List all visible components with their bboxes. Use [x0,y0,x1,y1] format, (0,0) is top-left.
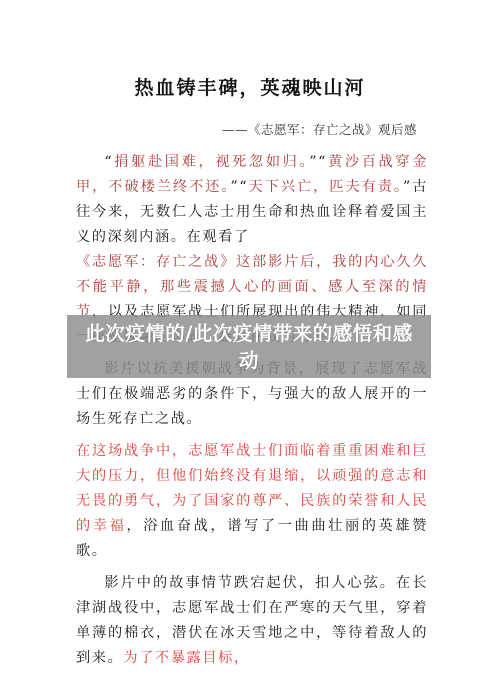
quote-text: 天下兴亡，匹夫有责。 [248,179,403,195]
paragraph-4: 在这场战争中，志愿军战士们面临着重重困难和巨大的压力，但他们始终没有退缩，以顽强… [76,439,428,564]
quote-mark: ”“ [230,179,248,195]
quote-mark: “ [104,154,113,170]
document-body: “捐躯赴国难，视死忽如归。”“黄沙百战穿金甲，不破楼兰终不还。”“天下兴亡，匹夫… [76,150,428,671]
overlay-caption: 此次疫情的/此次疫情带来的感悟和感动 [79,320,419,374]
document-subtitle: ——《志愿军：存亡之战》观后感 [222,120,417,138]
body-text: ，浴血奋战，谱写了一曲曲壮丽的英雄赞歌。 [76,518,428,559]
caption-overlay: 此次疫情的/此次疫情带来的感悟和感动 [67,315,431,378]
document-page: 热血铸丰碑，英魂映山河 ——《志愿军：存亡之战》观后感 “捐躯赴国难，视死忽如归… [0,0,500,693]
paragraph-1: “捐躯赴国难，视死忽如归。”“黄沙百战穿金甲，不破楼兰终不还。”“天下兴亡，匹夫… [76,150,428,250]
paragraph-5: 影片中的故事情节跌宕起伏，扣人心弦。在长津湖战役中，志愿军战士们在严寒的天气里，… [76,571,428,671]
highlighted-text: 为了不暴露目标， [123,650,249,666]
quote-mark: ”“ [309,154,327,170]
quote-text: 捐躯赴国难，视死忽如归。 [113,154,309,170]
document-title: 热血铸丰碑，英魂映山河 [0,73,500,100]
